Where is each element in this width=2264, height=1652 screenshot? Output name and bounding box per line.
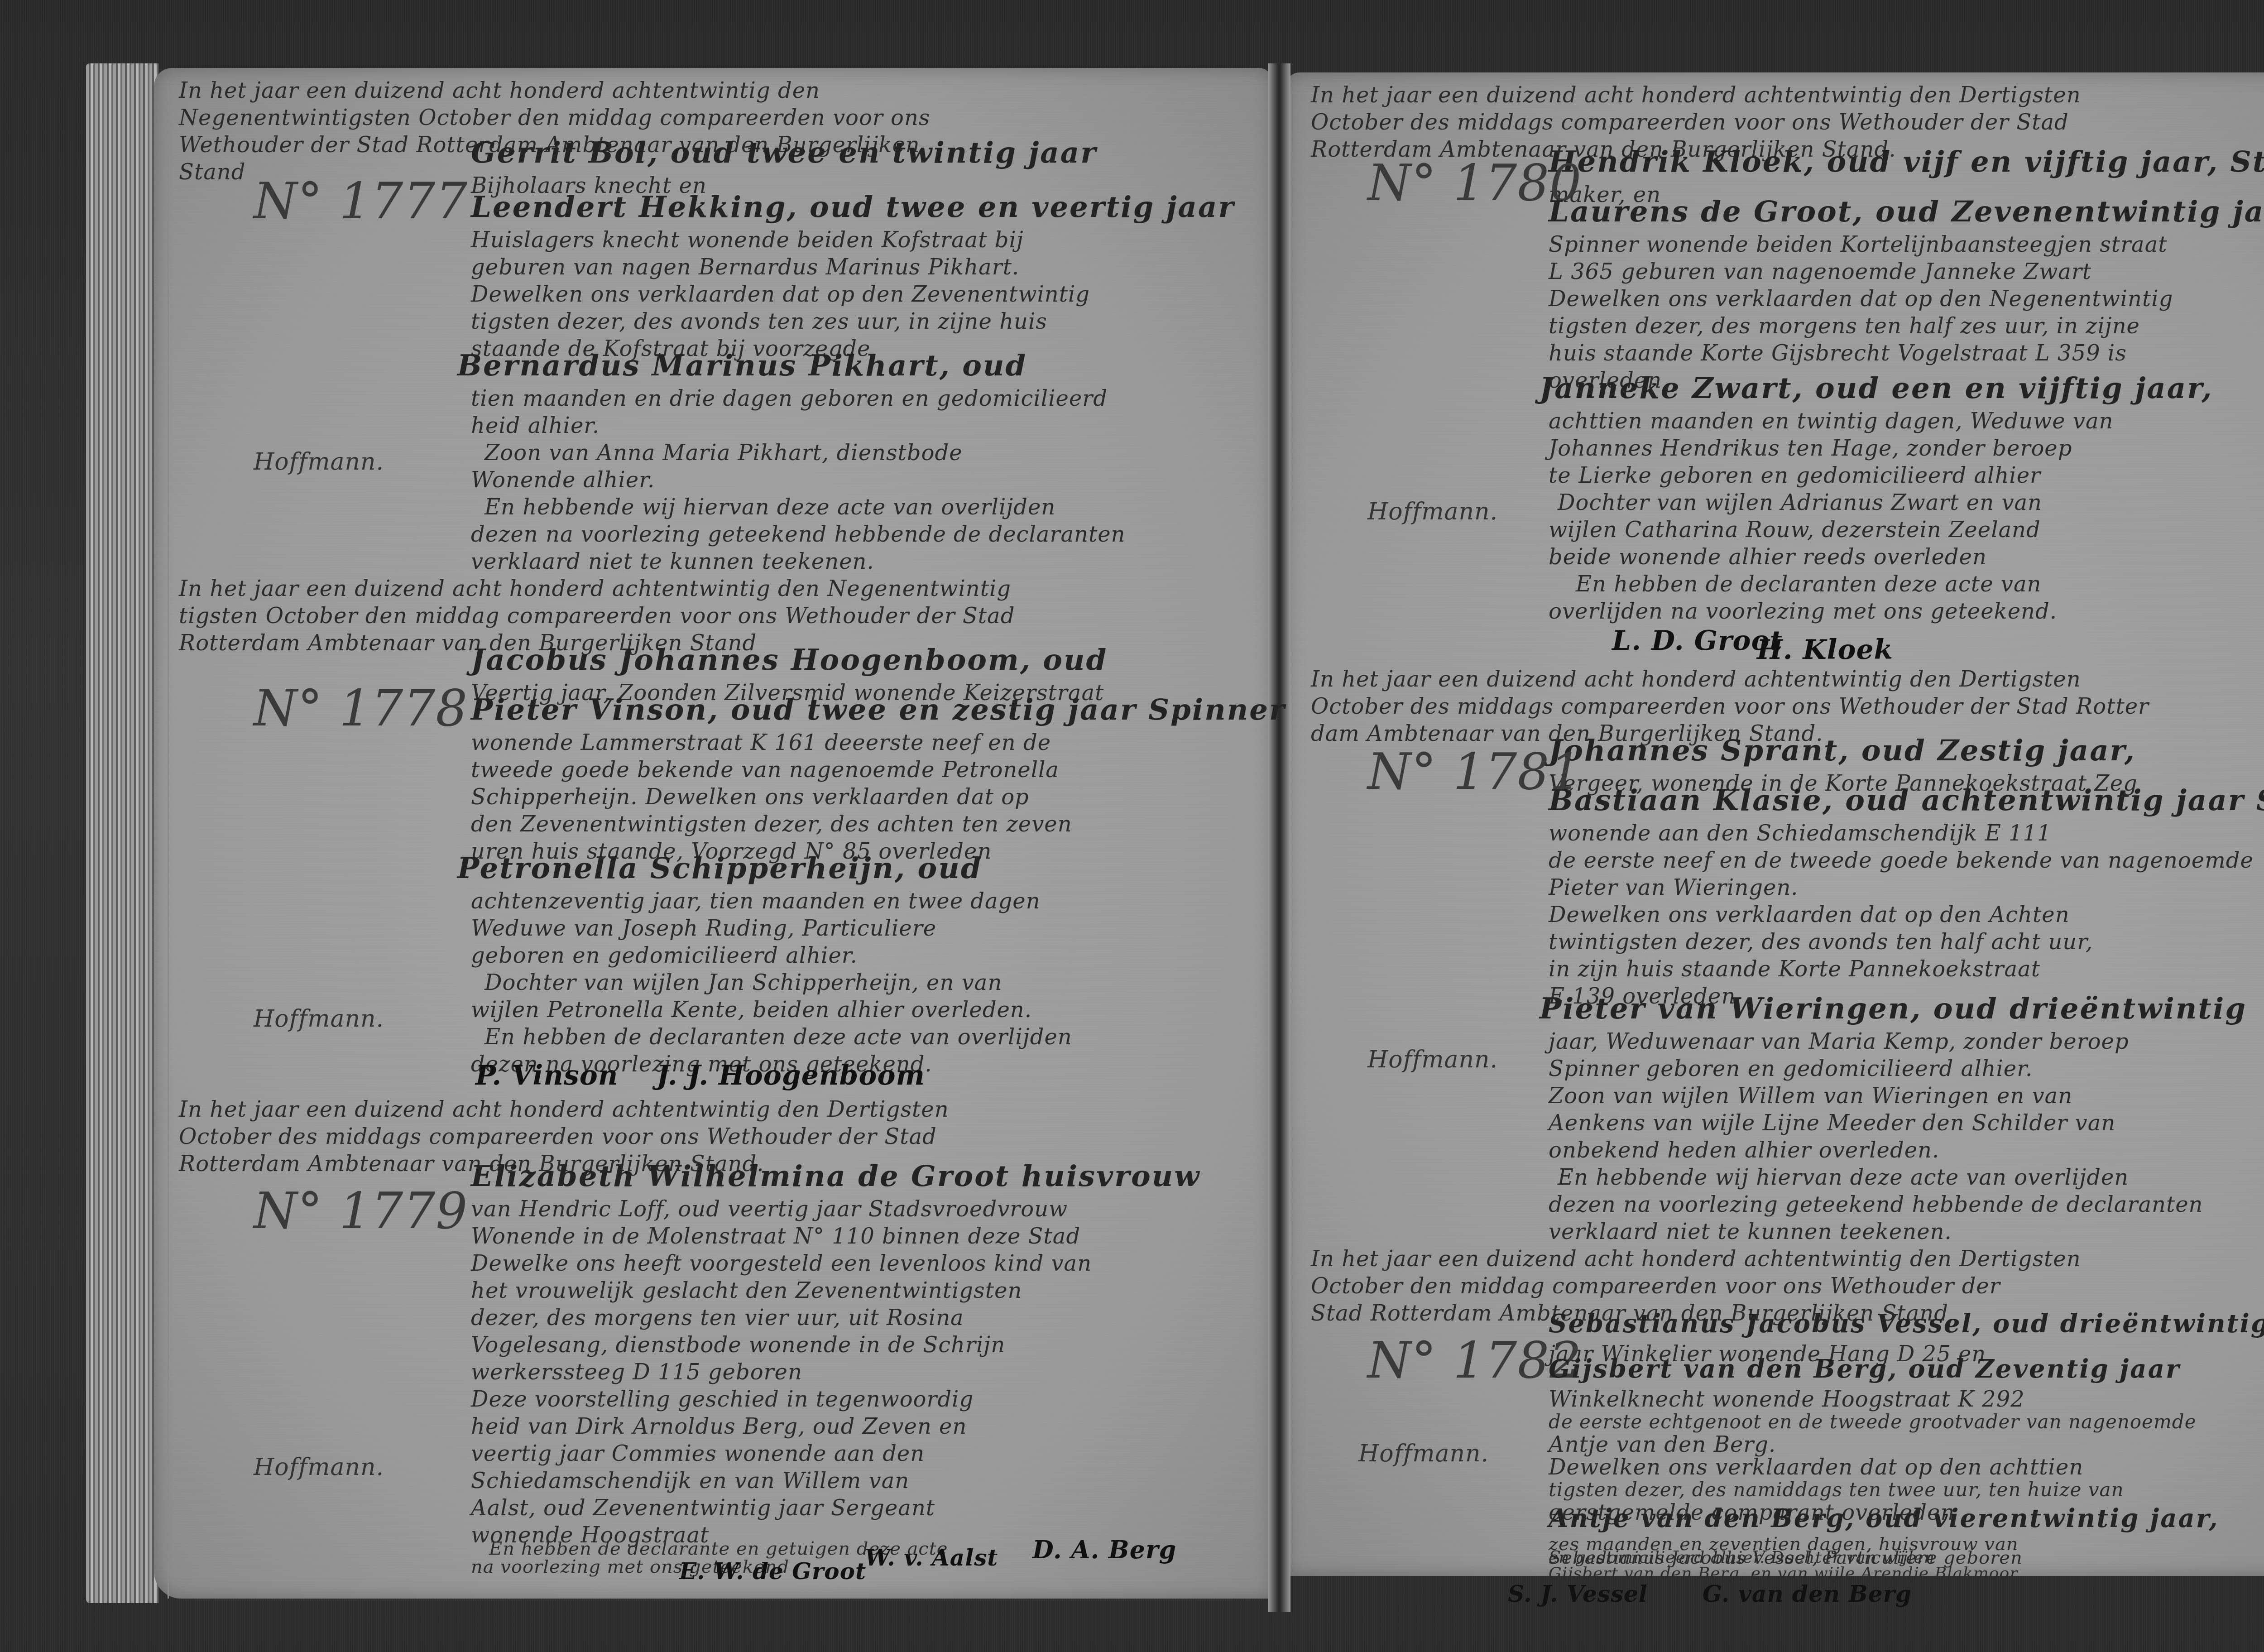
witness-signature: W. v. Aalst xyxy=(865,1544,998,1571)
clerk-signature: Hoffmann. xyxy=(1367,1046,1498,1073)
clerk-signature: Hoffmann. xyxy=(1358,1440,1489,1467)
entry-number: N° 1778 xyxy=(254,679,468,737)
entry-intro-line: Stand xyxy=(179,149,245,195)
declarant-signature: G. van den Berg xyxy=(1703,1580,1912,1608)
book-gutter xyxy=(1268,63,1290,1612)
declarant-signature: E. W. de Groot xyxy=(679,1558,866,1585)
clerk-signature: Hoffmann. xyxy=(254,1454,384,1481)
witness-signature: D. A. Berg xyxy=(1032,1535,1176,1564)
clerk-signature: Hoffmann. xyxy=(254,448,384,475)
entry-line: Gijsbert van den Berg, en van wijle Aren… xyxy=(1549,1565,2018,1583)
entry-number: N° 1779 xyxy=(254,1182,468,1240)
clerk-signature: Hoffmann. xyxy=(1367,498,1498,525)
entry-number: N° 1777 xyxy=(254,172,468,230)
clerk-signature: Hoffmann. xyxy=(254,1005,384,1032)
declarant-signature: S. J. Vessel xyxy=(1508,1580,1648,1608)
book-page-edges-left xyxy=(86,63,158,1603)
margin-rule xyxy=(168,82,169,1599)
